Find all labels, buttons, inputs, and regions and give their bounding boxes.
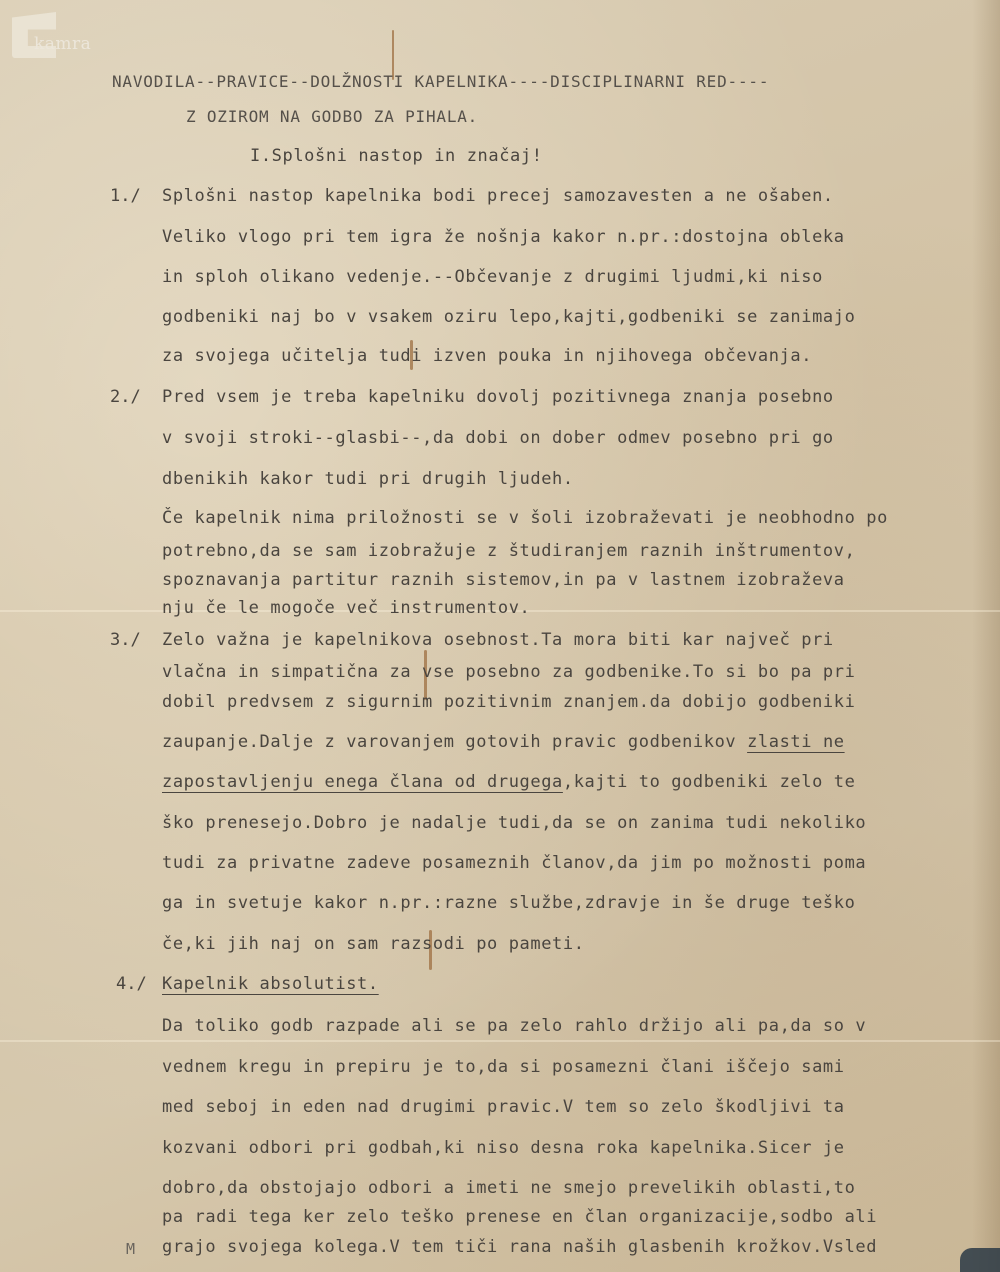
text-line: Veliko vlogo pri tem igra že nošnja kako… — [162, 227, 845, 247]
section-heading: I.Splošni nastop in značaj! — [250, 146, 543, 166]
text-line: godbeniki naj bo v vsakem oziru lepo,kaj… — [162, 307, 855, 327]
text-line: in sploh olikano vedenje.--Občevanje z d… — [162, 267, 823, 287]
text-line: Splošni nastop kapelnika bodi precej sam… — [162, 186, 834, 206]
paper-edge-shadow — [972, 0, 1000, 1272]
text-line: Pred vsem je treba kapelniku dovolj pozi… — [162, 387, 834, 407]
text-line: vednem kregu in prepiru je to,da si posa… — [162, 1057, 845, 1077]
text-line: ga in svetuje kakor n.pr.:razne službe,z… — [162, 893, 855, 913]
item-number: 4./ — [116, 974, 147, 994]
underlined-text: zapostavljenju enega člana od drugega — [162, 772, 563, 792]
text-line: tudi za privatne zadeve posameznih člano… — [162, 853, 866, 873]
text-line: kozvani odbori pri godbah,ki niso desna … — [162, 1138, 845, 1158]
kamra-logo: kamra — [12, 12, 112, 62]
item-number: 2./ — [110, 387, 141, 407]
margin-mark: M — [126, 1240, 135, 1258]
text-line: če,ki jih naj on sam razsodi po pameti. — [162, 934, 585, 954]
text-segment: ,kajti to godbeniki zelo te — [563, 772, 856, 792]
paper-fold — [0, 1040, 1000, 1042]
text-line: zaupanje.Dalje z varovanjem gotovih prav… — [162, 732, 845, 752]
text-line: zapostavljenju enega člana od drugega,ka… — [162, 772, 855, 792]
item-number: 1./ — [110, 186, 141, 206]
text-line: med seboj in eden nad drugimi pravic.V t… — [162, 1097, 845, 1117]
text-line: dobro,da obstojajo odbori a imeti ne sme… — [162, 1178, 855, 1198]
document-page: kamra NAVODILA--PRAVICE--DOLŽNOSTI KAPEL… — [0, 0, 1000, 1272]
text-line: nju če le mogoče več instrumentov. — [162, 598, 530, 618]
text-segment: zaupanje.Dalje z varovanjem gotovih prav… — [162, 732, 747, 752]
text-line: potrebno,da se sam izobražuje z študiran… — [162, 541, 855, 561]
text-line: dbenikih kakor tudi pri drugih ljudeh. — [162, 469, 574, 489]
item-number: 3./ — [110, 630, 141, 650]
document-title: NAVODILA--PRAVICE--DOLŽNOSTI KAPELNIKA--… — [112, 72, 769, 91]
text-line: dobil predvsem z sigurnim pozitivnim zna… — [162, 692, 855, 712]
text-line: v svoji stroki--glasbi--,da dobi on dobe… — [162, 428, 834, 448]
logo-text: kamra — [34, 34, 91, 54]
text-line: vlačna in simpatična za vse posebno za g… — [162, 662, 855, 682]
text-line: pa radi tega ker zelo teško prenese en č… — [162, 1207, 877, 1227]
item-heading: Kapelnik absolutist. — [162, 974, 379, 994]
text-line: grajo svojega kolega.V tem tiči rana naš… — [162, 1237, 877, 1257]
text-line: ško prenesejo.Dobro je nadalje tudi,da s… — [162, 813, 866, 833]
text-line: za svojega učitelja tudi izven pouka in … — [162, 346, 812, 366]
text-line: Zelo važna je kapelnikova osebnost.Ta mo… — [162, 630, 834, 650]
underlined-text: zlasti ne — [747, 732, 845, 752]
text-line: Če kapelnik nima priložnosti se v šoli i… — [162, 508, 888, 528]
document-subtitle: Z OZIROM NA GODBO ZA PIHALA. — [186, 107, 478, 126]
ink-blot — [960, 1248, 1000, 1272]
text-line: spoznavanja partitur raznih sistemov,in … — [162, 570, 845, 590]
text-line: Da toliko godb razpade ali se pa zelo ra… — [162, 1016, 866, 1036]
